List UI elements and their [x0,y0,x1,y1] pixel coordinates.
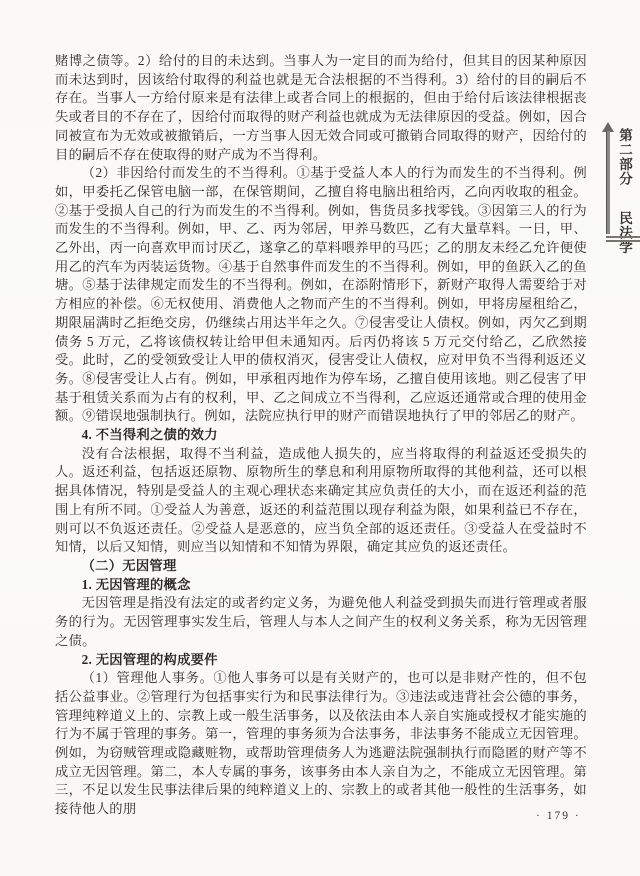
paragraph: 无因管理是指没有法定的或者约定义务，为避免他人利益受到损失而进行管理或者服务的行… [55,594,587,650]
paragraph: 赌博之债等。2）给付的目的未达到。当事人为一定目的而为给付，但其目的因某种原因而… [55,52,587,164]
paragraph: 没有合法根据，取得不当利益，造成他人损失的，应当将取得的利益返还受损失的人。返还… [55,445,587,557]
section-heading: 1. 无因管理的概念 [55,576,587,595]
paragraph: （1）管理他人事务。①他人事务可以是有关财产的，也可以是非财产性的，但不包括公益… [55,669,587,819]
book-page: 赌博之债等。2）给付的目的未达到。当事人为一定目的而为给付，但其目的因某种原因而… [0,0,640,876]
tab-rule-bottom [606,240,640,242]
tab-arrow-line [606,131,610,234]
chapter-side-tab: 第二部分 民法学 [595,122,640,237]
page-number: · 179 · [536,810,581,822]
section-heading: 4. 不当得利之债的效力 [55,426,587,445]
part-label: 第二部分 [614,128,634,186]
section-heading: 2. 无因管理的构成要件 [55,651,587,670]
tab-rule-top [606,236,640,238]
section-heading: （二）无因管理 [55,557,587,576]
tab-rules [606,236,640,244]
paragraph: （2）非因给付而发生的不当得利。①基于受益人本人的行为而发生的不当得利。例如，甲… [55,164,587,426]
subject-label: 民法学 [617,211,632,255]
content-area: 赌博之债等。2）给付的目的未达到。当事人为一定目的而为给付，但其目的因某种原因而… [55,52,587,819]
